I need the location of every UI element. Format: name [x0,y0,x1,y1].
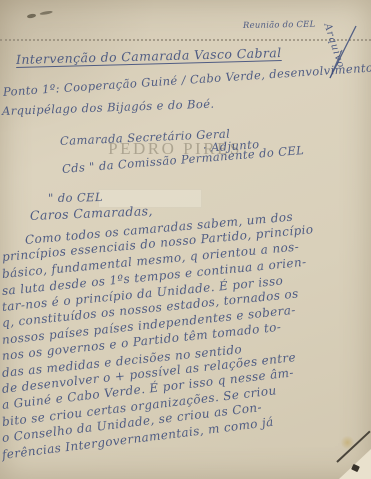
header-note: Reunião do CEL [243,20,316,31]
greeting-line: Caros Camaradas, [30,203,153,223]
topic-line: Arquipélago dos Bijagós e do Boé. [2,97,215,118]
perforation-dotted-line [0,39,371,41]
manuscript-page: Reunião do CEL Arquivo PEDRO PIRES Inter… [0,0,371,479]
ink-smudge [27,13,37,19]
salutation-line: " do CEL [48,190,103,205]
document-title: Intervenção do Camarada Vasco Cabral [16,45,282,67]
